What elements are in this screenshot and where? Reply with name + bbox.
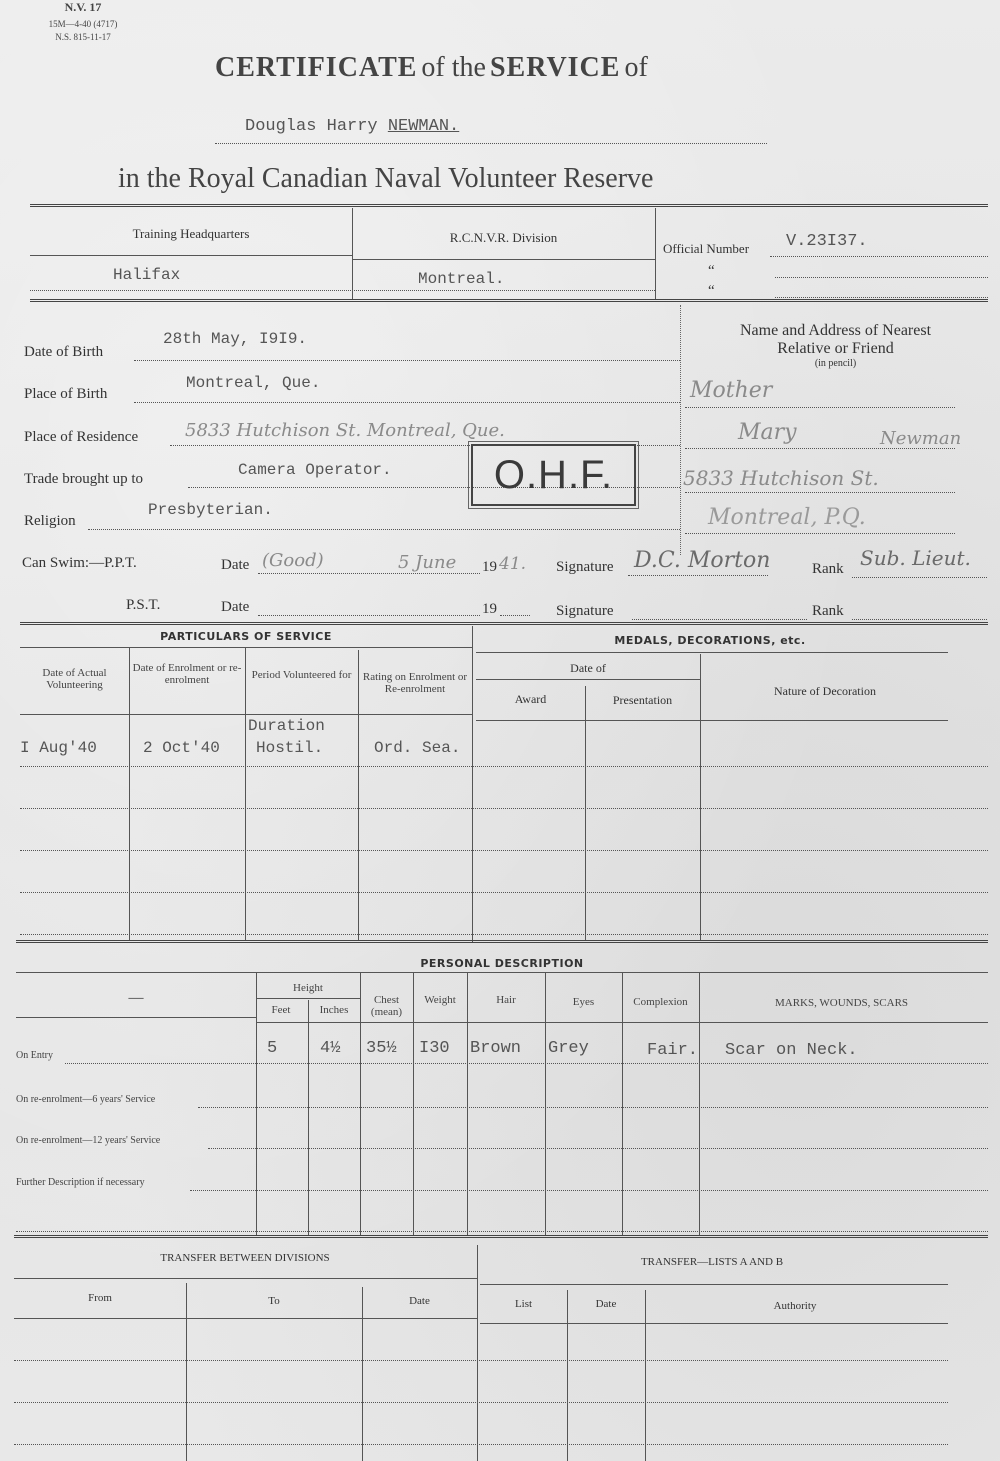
pob-value: Montreal, Que. bbox=[186, 374, 320, 392]
swim-date-value: 5 June bbox=[398, 552, 456, 573]
entry-chest: 35½ bbox=[366, 1039, 397, 1058]
rule bbox=[198, 1107, 988, 1108]
residence-value: 5833 Hutchison St. Montreal, Que. bbox=[185, 420, 505, 441]
rule bbox=[14, 1278, 477, 1279]
rule bbox=[685, 448, 955, 449]
height-header: Height bbox=[256, 983, 360, 995]
trade-label: Trade brought up to bbox=[24, 471, 143, 488]
divider bbox=[699, 972, 700, 1235]
swim-year-prefix: 19 bbox=[482, 559, 497, 576]
transfer-list-date-header: Date bbox=[567, 1298, 645, 1310]
rule bbox=[476, 720, 948, 721]
col-period: Period Volunteered for bbox=[245, 670, 358, 682]
entry-complexion: Fair. bbox=[647, 1041, 698, 1060]
divider bbox=[545, 972, 546, 1235]
service-volunteering-value: I Aug'40 bbox=[20, 739, 97, 757]
swim-signature: D.C. Morton bbox=[634, 548, 770, 573]
rule bbox=[134, 360, 680, 361]
divider bbox=[655, 208, 656, 300]
rule bbox=[16, 1017, 256, 1018]
service-period-value-1: Duration bbox=[248, 717, 325, 735]
religion-value: Presbyterian. bbox=[148, 501, 273, 519]
chest-header: Chest (mean) bbox=[360, 995, 413, 1018]
transfer-lists-heading: TRANSFER—LISTS A AND B bbox=[477, 1256, 947, 1268]
ditto-mark: “ bbox=[708, 283, 715, 300]
divider bbox=[186, 1283, 187, 1461]
rule bbox=[208, 1148, 988, 1149]
pst-rank-label: Rank bbox=[812, 603, 844, 620]
divider bbox=[477, 1245, 478, 1461]
reserve-title: in the Royal Canadian Naval Volunteer Re… bbox=[118, 163, 654, 195]
dob-label: Date of Birth bbox=[24, 344, 103, 361]
swim-date-label: Date bbox=[221, 557, 249, 574]
entry-feet: 5 bbox=[267, 1039, 277, 1058]
rule bbox=[852, 577, 987, 578]
relative-address-city: Montreal, P.Q. bbox=[708, 505, 866, 530]
rule bbox=[20, 622, 988, 625]
ohf-stamp: O.H.F. bbox=[471, 444, 636, 506]
service-heading: PARTICULARS OF SERVICE bbox=[20, 630, 472, 643]
swim-year: 41. bbox=[499, 554, 526, 574]
transfer-date-header: Date bbox=[362, 1295, 477, 1307]
divider bbox=[352, 208, 353, 300]
divider bbox=[622, 972, 623, 1235]
service-enrolment-value: 2 Oct'40 bbox=[143, 739, 220, 757]
feet-header: Feet bbox=[256, 1005, 306, 1017]
medals-date-of: Date of bbox=[476, 661, 700, 676]
divider bbox=[645, 1290, 646, 1461]
official-number-label: Official Number bbox=[663, 241, 749, 257]
rule bbox=[16, 972, 988, 973]
transfer-from-header: From bbox=[14, 1292, 186, 1304]
entry-inches: 4½ bbox=[320, 1039, 340, 1058]
swim-rank: Sub. Lieut. bbox=[860, 546, 971, 570]
medals-nature: Nature of Decoration bbox=[700, 684, 950, 699]
training-hq-label: Training Headquarters bbox=[30, 226, 352, 242]
form-code: N.V. 17 15M—4-40 (4717) N.S. 815-11-17 bbox=[38, 0, 128, 42]
weight-header: Weight bbox=[413, 995, 467, 1007]
swim-signature-label: Signature bbox=[556, 559, 614, 576]
inches-header: Inches bbox=[308, 1005, 360, 1017]
rule bbox=[20, 766, 988, 767]
rule bbox=[134, 402, 680, 403]
header-top-rule bbox=[30, 204, 988, 207]
pst-label: P.S.T. bbox=[126, 597, 160, 614]
divider bbox=[680, 305, 681, 555]
entry-eyes: Grey bbox=[548, 1039, 589, 1058]
rule bbox=[685, 492, 955, 493]
pst-signature-label: Signature bbox=[556, 603, 614, 620]
row-further-description: Further Description if necessary bbox=[16, 1177, 145, 1188]
rule bbox=[352, 259, 655, 260]
entry-marks: Scar on Neck. bbox=[725, 1041, 858, 1060]
rule bbox=[16, 940, 988, 943]
service-rating-value: Ord. Sea. bbox=[374, 739, 460, 757]
form-code-line2: 15M—4-40 (4717) bbox=[38, 19, 128, 29]
religion-label: Religion bbox=[24, 513, 76, 530]
pst-date-label: Date bbox=[221, 599, 249, 616]
rule bbox=[258, 573, 480, 574]
rule bbox=[632, 619, 807, 620]
divider bbox=[413, 972, 414, 1235]
residence-label: Place of Residence bbox=[24, 429, 138, 446]
name-underline bbox=[215, 143, 767, 144]
divider bbox=[245, 648, 246, 940]
ditto-mark: “ bbox=[708, 263, 715, 280]
row-reenrol-6: On re-enrolment—6 years' Service bbox=[16, 1094, 155, 1105]
medals-heading: MEDALS, DECORATIONS, etc. bbox=[472, 634, 948, 647]
rule bbox=[20, 714, 472, 715]
service-period-value-2: Hostil. bbox=[256, 739, 323, 757]
marks-header: MARKS, WOUNDS, SCARS bbox=[699, 998, 984, 1010]
rule bbox=[852, 619, 987, 620]
rule bbox=[30, 255, 352, 256]
rule bbox=[65, 1063, 988, 1064]
rule bbox=[14, 1444, 948, 1445]
rule bbox=[476, 652, 948, 653]
relative-heading: Name and Address of Nearest Relative or … bbox=[683, 322, 988, 369]
trade-value: Camera Operator. bbox=[238, 461, 392, 479]
relative-last-name: Newman bbox=[880, 428, 961, 449]
rule bbox=[30, 290, 655, 291]
pst-year-prefix: 19 bbox=[482, 601, 497, 618]
transfer-list-header: List bbox=[480, 1298, 567, 1310]
eyes-header: Eyes bbox=[545, 997, 622, 1009]
rule bbox=[685, 407, 955, 408]
training-hq-value: Halifax bbox=[113, 266, 180, 284]
row-reenrol-12: On re-enrolment—12 years' Service bbox=[16, 1135, 160, 1146]
form-code-line1: N.V. 17 bbox=[38, 0, 128, 15]
medals-award: Award bbox=[476, 692, 585, 707]
col-enrolment: Date of Enrolment or re-enrolment bbox=[129, 663, 245, 686]
swim-note: (Good) bbox=[262, 550, 324, 571]
relative-address-street: 5833 Hutchison St. bbox=[683, 466, 879, 490]
rule bbox=[775, 297, 988, 298]
rule bbox=[20, 647, 472, 648]
rule bbox=[16, 1231, 988, 1232]
rule bbox=[480, 1284, 948, 1285]
rule bbox=[476, 679, 700, 680]
divider bbox=[585, 686, 586, 940]
entry-hair: Brown bbox=[470, 1039, 521, 1058]
transfer-authority-header: Authority bbox=[645, 1300, 945, 1312]
rule bbox=[628, 575, 768, 576]
swim-ppt-label: Can Swim:—P.P.T. bbox=[22, 555, 137, 572]
division-label: R.C.N.V.R. Division bbox=[352, 230, 655, 246]
col-rating: Rating on Enrolment or Re-enrolment bbox=[358, 672, 472, 695]
rule bbox=[14, 1360, 948, 1361]
complexion-header: Complexion bbox=[622, 997, 699, 1009]
form-code-line3: N.S. 815-11-17 bbox=[38, 32, 128, 42]
hair-header: Hair bbox=[467, 995, 545, 1007]
rule bbox=[770, 256, 988, 257]
division-value: Montreal. bbox=[418, 270, 504, 288]
certificate-title: CERTIFICATE of the SERVICE of bbox=[215, 52, 648, 84]
official-number-value: V.23I37. bbox=[786, 232, 868, 251]
rule bbox=[20, 808, 988, 809]
description-dash: — bbox=[16, 990, 256, 1007]
member-name: Douglas Harry NEWMAN. bbox=[245, 117, 459, 136]
rule bbox=[258, 615, 480, 616]
relative-relationship: Mother bbox=[690, 378, 772, 403]
rule bbox=[500, 615, 530, 616]
medals-presentation: Presentation bbox=[585, 693, 700, 708]
transfer-divisions-heading: TRANSFER BETWEEN DIVISIONS bbox=[14, 1252, 476, 1264]
rule bbox=[190, 1190, 988, 1191]
rule bbox=[14, 1318, 477, 1319]
divider bbox=[467, 972, 468, 1235]
col-volunteering: Date of Actual Volunteering bbox=[20, 668, 129, 691]
rule bbox=[30, 299, 988, 302]
dob-value: 28th May, I9I9. bbox=[163, 330, 307, 348]
swim-rank-label: Rank bbox=[812, 561, 844, 578]
rule bbox=[14, 1235, 988, 1238]
rule bbox=[20, 934, 988, 935]
rule bbox=[20, 892, 988, 893]
description-heading: PERSONAL DESCRIPTION bbox=[16, 957, 988, 970]
divider bbox=[362, 1287, 363, 1461]
transfer-to-header: To bbox=[186, 1295, 362, 1307]
divider bbox=[567, 1290, 568, 1461]
certificate-page bbox=[0, 0, 1000, 1461]
row-on-entry: On Entry bbox=[16, 1050, 53, 1061]
rule bbox=[685, 533, 955, 534]
divider bbox=[472, 626, 473, 942]
rule bbox=[20, 850, 988, 851]
rule bbox=[88, 529, 680, 530]
pob-label: Place of Birth bbox=[24, 386, 107, 403]
rule bbox=[775, 277, 988, 278]
relative-first-name: Mary bbox=[738, 420, 797, 445]
divider bbox=[129, 648, 130, 940]
rule bbox=[256, 1022, 988, 1023]
rule bbox=[256, 998, 360, 999]
rule bbox=[480, 1323, 948, 1324]
entry-weight: I30 bbox=[419, 1039, 450, 1058]
rule bbox=[14, 1402, 948, 1403]
divider bbox=[308, 1000, 309, 1235]
member-surname: NEWMAN. bbox=[388, 117, 459, 136]
